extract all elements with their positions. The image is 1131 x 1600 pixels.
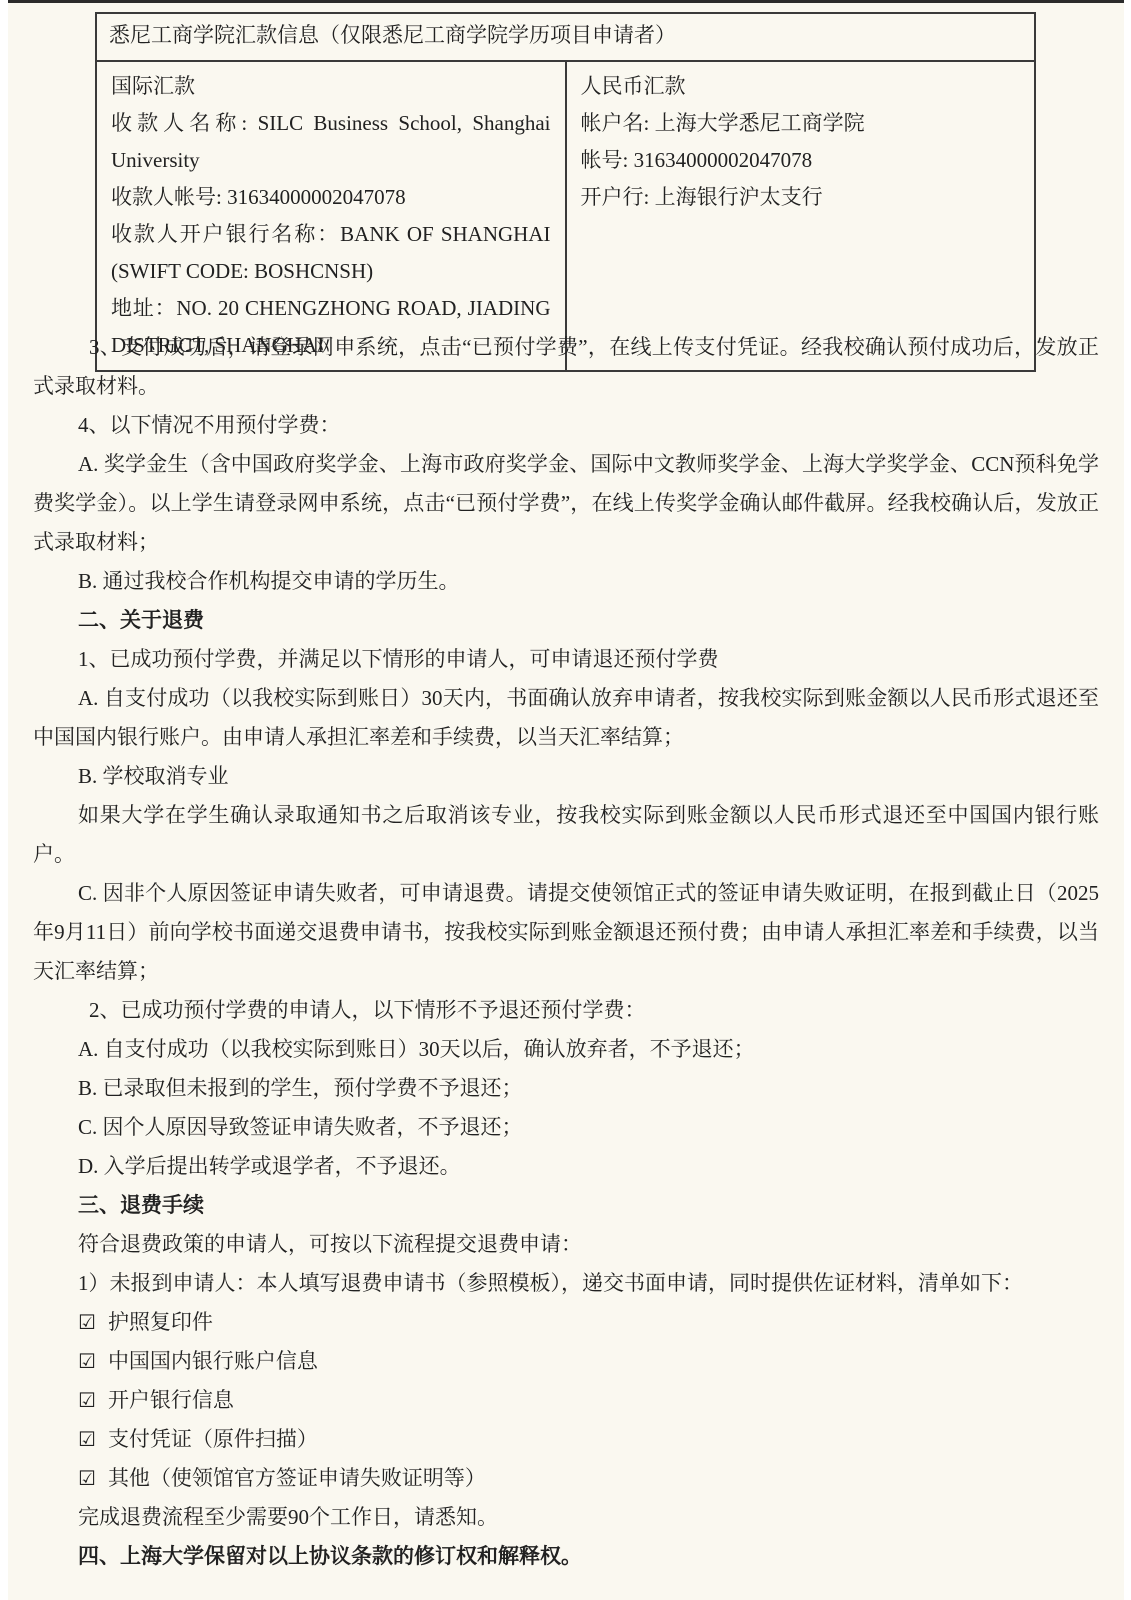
- paragraph-procedure-step-1: 1）未报到申请人：本人填写退费申请书（参照模板），递交书面申请，同时提供佐证材料…: [33, 1264, 1099, 1303]
- paragraph-procedure-intro: 符合退费政策的申请人，可按以下流程提交退费申请：: [33, 1225, 1099, 1264]
- checked-checkbox-icon: ☑: [78, 1427, 96, 1451]
- international-remittance-title: 国际汇款: [111, 68, 551, 105]
- checklist-item-passport-copy: ☑护照复印件: [33, 1303, 1099, 1342]
- paragraph-refund-case-a: A. 自支付成功（以我校实际到账日）30天内，书面确认放弃申请者，按我校实际到账…: [33, 679, 1099, 757]
- rmb-account-name-line: 帐户名: 上海大学悉尼工商学院: [581, 105, 1021, 142]
- beneficiary-name-line: 收款人名称: SILC Business School, Shanghai Un…: [111, 105, 551, 179]
- checklist-item-other-proof: ☑其他（使领馆官方签证申请失败证明等）: [33, 1459, 1099, 1498]
- beneficiary-bank-line: 收款人开户银行名称：BANK OF SHANGHAI (SWIFT CODE: …: [111, 216, 551, 290]
- beneficiary-account-line: 收款人帐号: 31634000002047078: [111, 179, 551, 216]
- table-title: 悉尼工商学院汇款信息（仅限悉尼工商学院学历项目申请者）: [96, 13, 1035, 61]
- remittance-info-table: 悉尼工商学院汇款信息（仅限悉尼工商学院学历项目申请者） 国际汇款 收款人名称: …: [95, 12, 1036, 372]
- checked-checkbox-icon: ☑: [78, 1466, 96, 1490]
- paragraph-partner-exempt: B. 通过我校合作机构提交申请的学历生。: [33, 562, 1099, 601]
- paragraph-no-refund-c: C. 因个人原因导致签证申请失败者，不予退还；: [33, 1108, 1099, 1147]
- checked-checkbox-icon: ☑: [78, 1310, 96, 1334]
- paragraph-refund-case-b-note: 如果大学在学生确认录取通知书之后取消该专业，按我校实际到账金额以人民币形式退还至…: [33, 796, 1099, 874]
- paragraph-refund-case-c: C. 因非个人原因签证申请失败者，可申请退费。请提交使领馆正式的签证申请失败证明…: [33, 874, 1099, 991]
- paragraph-payment-step-4: 4、以下情况不用预付学费：: [33, 406, 1099, 445]
- rmb-bank-line: 开户行: 上海银行沪太支行: [581, 179, 1021, 216]
- paragraph-no-refund-intro: 2、已成功预付学费的申请人，以下情形不予退还预付学费：: [33, 991, 1099, 1030]
- document-page: 悉尼工商学院汇款信息（仅限悉尼工商学院学历项目申请者） 国际汇款 收款人名称: …: [8, 0, 1124, 1600]
- section-heading-refund-procedure: 三、退费手续: [33, 1186, 1099, 1225]
- paragraph-refund-case-b: B. 学校取消专业: [33, 757, 1099, 796]
- checklist-item-label: 支付凭证（原件扫描）: [108, 1427, 318, 1451]
- checked-checkbox-icon: ☑: [78, 1349, 96, 1373]
- checklist-item-label: 护照复印件: [108, 1310, 213, 1334]
- paragraph-processing-time: 完成退费流程至少需要90个工作日，请悉知。: [33, 1498, 1099, 1537]
- document-body: 3、支付成功后，请登录网申系统，点击“已预付学费”，在线上传支付凭证。经我校确认…: [33, 323, 1099, 1576]
- rmb-account-number-line: 帐号: 31634000002047078: [581, 142, 1021, 179]
- rmb-remittance-title: 人民币汇款: [581, 68, 1021, 105]
- paragraph-refund-eligible: 1、已成功预付学费，并满足以下情形的申请人，可申请退还预付学费: [33, 640, 1099, 679]
- checklist-item-bank-account-info: ☑中国国内银行账户信息: [33, 1342, 1099, 1381]
- checked-checkbox-icon: ☑: [78, 1388, 96, 1412]
- checklist-item-label: 中国国内银行账户信息: [108, 1349, 318, 1373]
- paragraph-payment-step-3: 3、支付成功后，请登录网申系统，点击“已预付学费”，在线上传支付凭证。经我校确认…: [33, 328, 1099, 406]
- checklist-item-bank-info: ☑开户银行信息: [33, 1381, 1099, 1420]
- paragraph-no-refund-d: D. 入学后提出转学或退学者，不予退还。: [33, 1147, 1099, 1186]
- section-heading-rights-reserved: 四、上海大学保留对以上协议条款的修订权和解释权。: [33, 1537, 1099, 1576]
- table-header-row: 悉尼工商学院汇款信息（仅限悉尼工商学院学历项目申请者）: [96, 13, 1035, 61]
- checklist-item-payment-voucher: ☑支付凭证（原件扫描）: [33, 1420, 1099, 1459]
- section-heading-refund-policy: 二、关于退费: [33, 601, 1099, 640]
- paragraph-no-refund-a: A. 自支付成功（以我校实际到账日）30天以后，确认放弃者，不予退还；: [33, 1030, 1099, 1069]
- paragraph-no-refund-b: B. 已录取但未报到的学生，预付学费不予退还；: [33, 1069, 1099, 1108]
- checklist-item-label: 其他（使领馆官方签证申请失败证明等）: [108, 1466, 486, 1490]
- checklist-item-label: 开户银行信息: [108, 1388, 234, 1412]
- paragraph-scholarship-exempt: A. 奖学金生（含中国政府奖学金、上海市政府奖学金、国际中文教师奖学金、上海大学…: [33, 445, 1099, 562]
